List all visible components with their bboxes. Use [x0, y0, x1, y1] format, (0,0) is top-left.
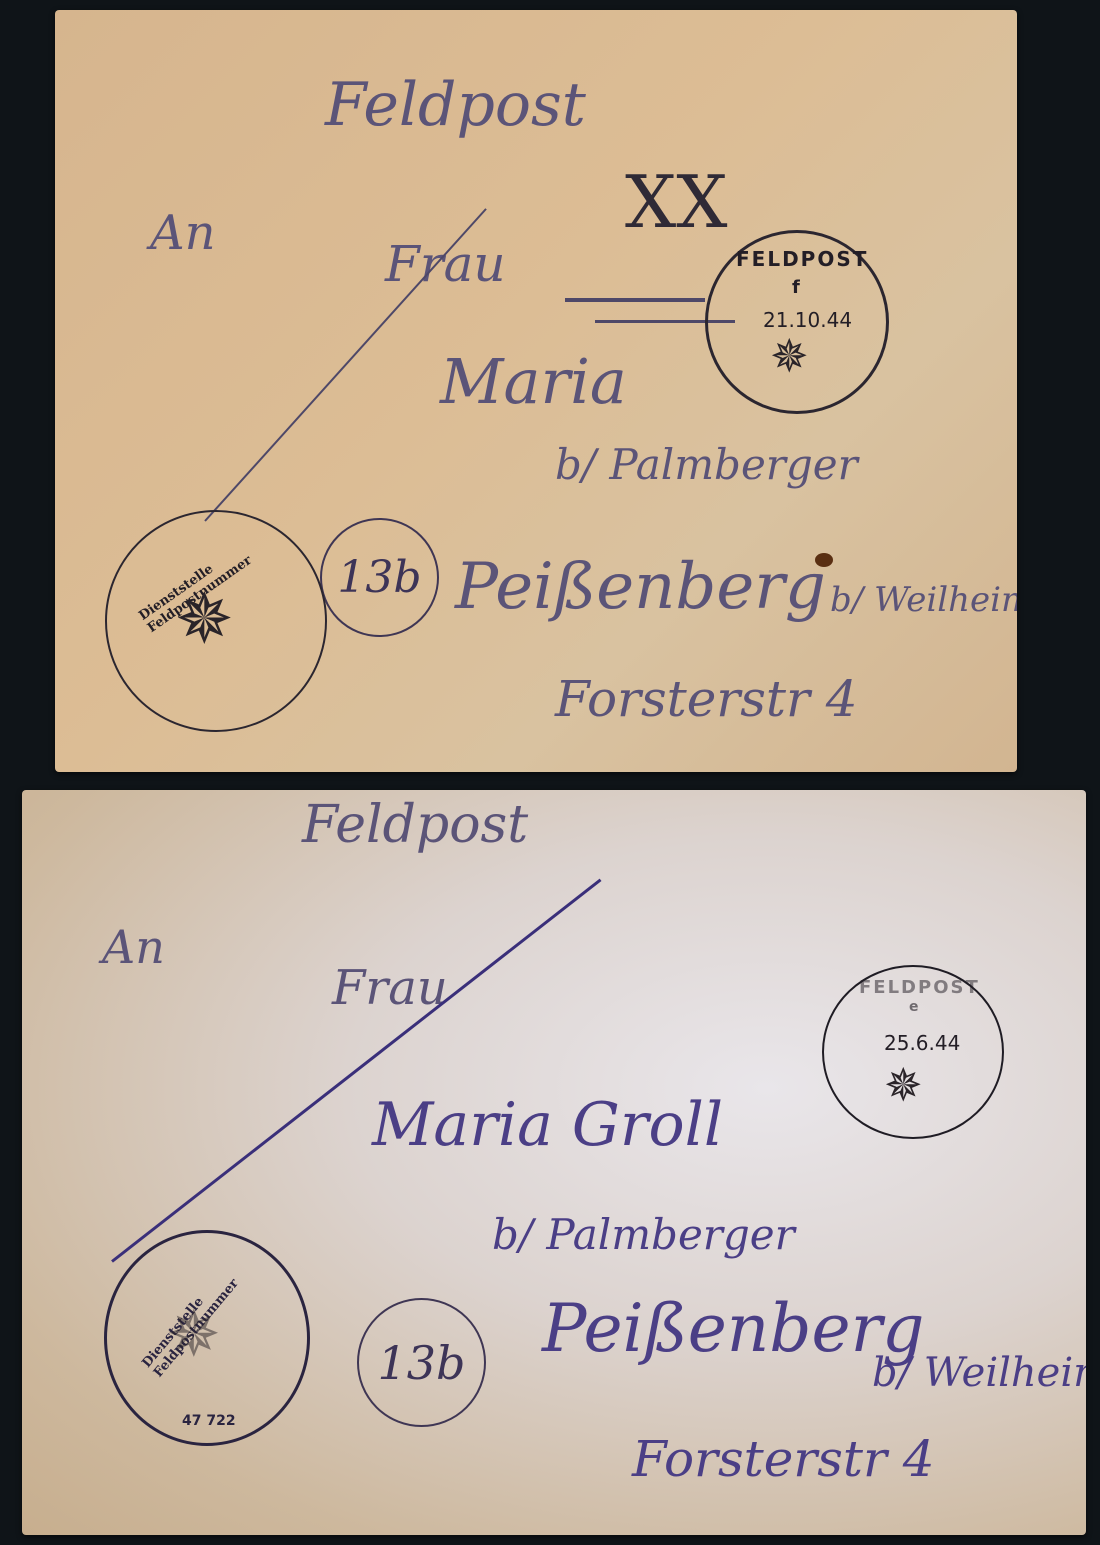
recipient-name: Maria	[440, 345, 627, 418]
street: Forsterstr 4	[632, 1430, 935, 1488]
recipient-name: Maria Groll	[372, 1090, 723, 1160]
street: Forsterstr 4	[555, 670, 858, 728]
eagle-icon: ✵	[175, 584, 234, 654]
unit-stamp: Dienststelle Feldpostnummer ✵	[105, 510, 327, 732]
postmark-letter: f	[792, 277, 800, 298]
pen-stroke	[111, 879, 601, 1263]
strike-line	[565, 298, 705, 302]
district: b/ Weilheim	[872, 1350, 1086, 1396]
postmark: FELDPOST e 25.6.44 ✵	[822, 965, 1004, 1139]
eagle-icon: ✵	[884, 1062, 923, 1108]
envelope-top: Feldpost An Frau XX Maria b/ Palmberger …	[55, 10, 1017, 772]
feldpost-heading: Feldpost	[302, 795, 528, 855]
care-of: b/ Palmberger	[555, 440, 858, 489]
cross-marks: XX	[625, 160, 728, 244]
unit-stamp-number: 47 722	[182, 1413, 236, 1429]
salutation: An	[102, 920, 165, 974]
care-of: b/ Palmberger	[492, 1210, 795, 1259]
city: Peißenberg	[542, 1290, 924, 1367]
postmark-label: FELDPOST	[859, 977, 980, 998]
eagle-icon: ✵	[770, 333, 809, 379]
postmark-label: FELDPOST	[736, 247, 868, 271]
postmark: FELDPOST f 21.10.44 ✵	[705, 230, 889, 414]
ink-stain	[815, 553, 833, 567]
title-frau: Frau	[385, 235, 506, 293]
box-number-circle: 13b	[320, 518, 439, 637]
postmark-date: 25.6.44	[884, 1031, 960, 1055]
feldpost-heading: Feldpost	[325, 70, 586, 140]
postmark-letter: e	[909, 999, 919, 1015]
title-frau: Frau	[332, 960, 448, 1016]
box-number-circle: 13b	[357, 1298, 486, 1427]
salutation: An	[150, 205, 216, 261]
eagle-icon: ✵	[167, 1303, 221, 1367]
unit-stamp: Dienststelle Feldpostnummer ✵ 47 722	[104, 1230, 310, 1446]
city: Peißenberg	[455, 550, 826, 624]
envelope-bottom: Feldpost An Frau Maria Groll b/ Palmberg…	[22, 790, 1086, 1535]
district: b/ Weilheim	[830, 580, 1017, 620]
